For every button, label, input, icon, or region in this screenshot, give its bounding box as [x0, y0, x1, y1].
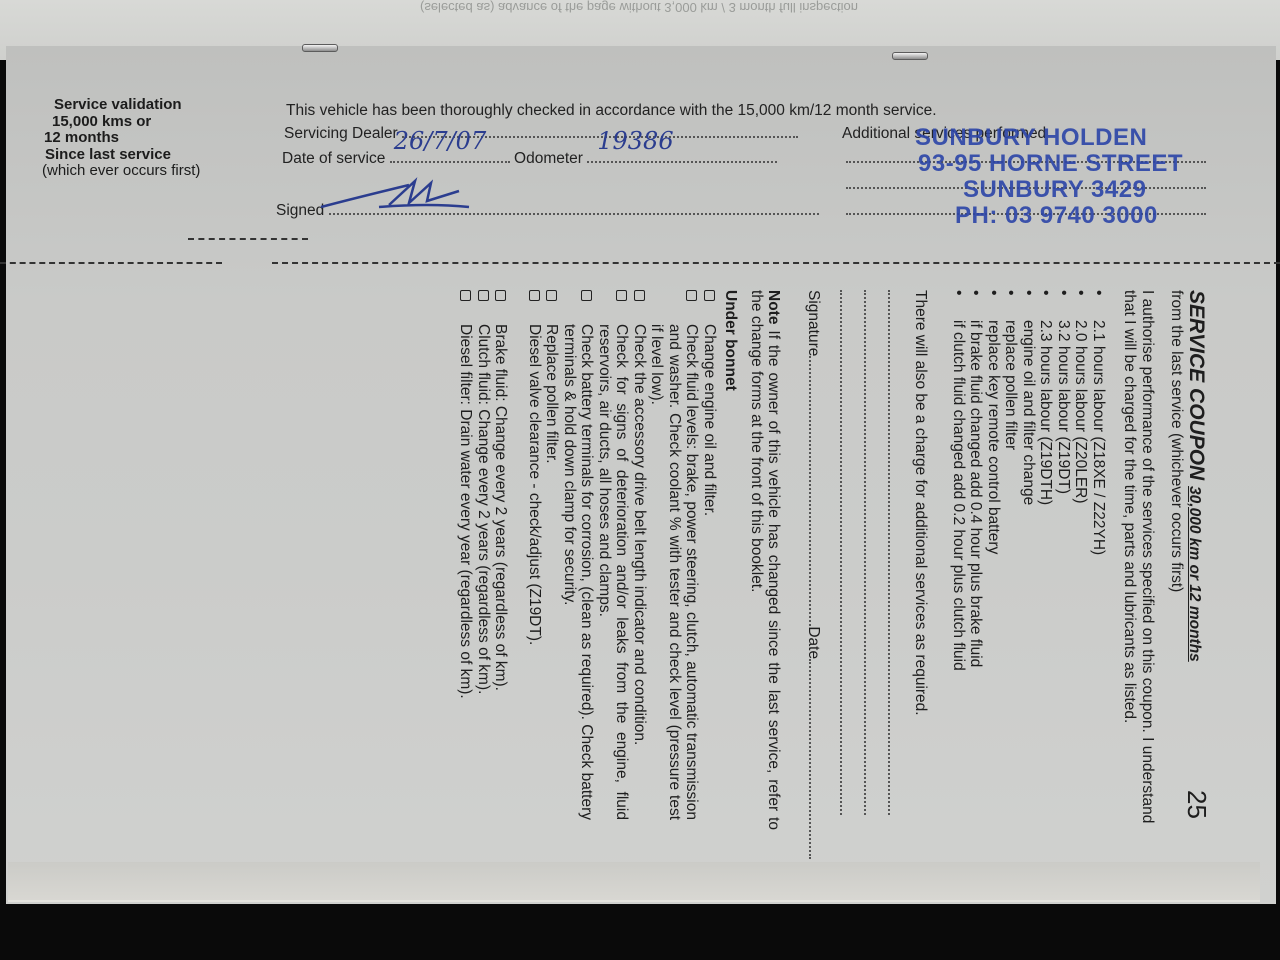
- page-edge: [8, 862, 1260, 902]
- checklist-text: Check the accessory drive belt length in…: [631, 324, 648, 745]
- checkbox-icon[interactable]: [547, 290, 558, 301]
- checkbox-icon[interactable]: [704, 290, 715, 301]
- odometer-value: 19386: [597, 127, 673, 155]
- signature-label: Signature: [805, 290, 822, 356]
- checkbox-icon[interactable]: [496, 290, 507, 301]
- date-label: Date: [805, 626, 822, 659]
- checkbox-icon[interactable]: [687, 290, 698, 301]
- coupon-title: SERVICE COUPON 30,000 km or 12 months: [1186, 290, 1206, 860]
- validation-note: (which ever occurs first): [42, 163, 262, 180]
- under-bonnet-checklist: Change engine oil and filter. Check flui…: [457, 290, 718, 820]
- date-of-service-label: Date of service: [282, 150, 385, 167]
- additional-service-line[interactable]: [864, 290, 888, 815]
- checkbox-icon[interactable]: [617, 290, 628, 301]
- odometer-label: Odometer: [514, 150, 583, 167]
- dealer-stamp-line: SUNBURY 3429: [963, 176, 1146, 204]
- checklist-text: Clutch fluid: Change every 2 years (rega…: [475, 324, 492, 694]
- checklist-text: Replace pollen filter.: [544, 324, 561, 464]
- staple-icon: [892, 52, 928, 60]
- checklist-item[interactable]: Check fluid levels: brake, power steerin…: [648, 290, 701, 820]
- note-label: Note: [766, 290, 783, 324]
- signature-date-row[interactable]: SignatureDate: [805, 290, 823, 860]
- additional-service-line[interactable]: [888, 290, 912, 815]
- checklist-item[interactable]: Diesel valve clearance - check/adjust (Z…: [526, 290, 544, 820]
- checklist-text: Change engine oil and filter.: [701, 324, 718, 516]
- validation-heading-line: 15,000 kms or: [42, 114, 262, 131]
- date-of-service-value: 26/7/07: [394, 127, 487, 155]
- validation-heading-line: 12 months: [42, 130, 262, 147]
- checklist-item[interactable]: Check for signs of deterioration and/or …: [596, 290, 631, 820]
- servicing-dealer-field[interactable]: Servicing Dealer: [284, 125, 798, 143]
- page-number: 25: [1188, 790, 1206, 819]
- signed-field[interactable]: Signed: [276, 202, 819, 220]
- dealer-stamp-line: SUNBURY HOLDEN: [915, 124, 1147, 152]
- signed-label: Signed: [276, 202, 324, 219]
- authorise-text: I authorise performance of the services …: [1121, 290, 1156, 830]
- checklist-text: Check fluid levels: brake, power steerin…: [649, 324, 701, 820]
- checklist-item[interactable]: Check battery terminals for corrosion, (…: [561, 290, 596, 820]
- list-item: if clutch fluid changed add 0.2 hour plu…: [950, 290, 968, 860]
- list-item: 3.2 hours labour (Z19DT): [1055, 290, 1073, 860]
- checklist-item[interactable]: Change engine oil and filter.: [701, 290, 719, 820]
- list-item: 2.1 hours labour (Z18XE / Z22YH): [1090, 290, 1108, 860]
- owner-note: Note If the owner of this vehicle has ch…: [748, 290, 783, 830]
- validation-heading-line: Since last service: [42, 147, 262, 164]
- coupon-interval: 30,000 km or 12 months: [1186, 486, 1203, 662]
- note-text: If the owner of this vehicle has changed…: [748, 290, 783, 830]
- checkbox-icon[interactable]: [582, 290, 593, 301]
- service-coupon: 25 SERVICE COUPON 30,000 km or 12 months…: [45, 290, 1205, 860]
- date-of-service-field[interactable]: Date of service 26/7/07 Odometer 19386: [282, 150, 777, 168]
- perforation-line: [272, 262, 1280, 264]
- section-heading: Under bonnet: [722, 290, 740, 860]
- validation-statement: This vehicle has been thoroughly checked…: [286, 102, 937, 120]
- checklist-text: Diesel filter: Drain water every year (r…: [458, 324, 475, 699]
- staple-icon: [302, 44, 338, 52]
- checkbox-icon[interactable]: [478, 290, 489, 301]
- checklist-item[interactable]: Clutch fluid: Change every 2 years (rega…: [475, 290, 493, 820]
- checklist-text: Check battery terminals for corrosion, (…: [561, 324, 596, 820]
- dealer-stamp-line: 93-95 HORNE STREET: [918, 150, 1183, 178]
- checkbox-icon[interactable]: [529, 290, 540, 301]
- coupon-title-text: SERVICE COUPON: [1185, 290, 1208, 480]
- back-page-mirrored-text: (selected as) advance of the page withou…: [420, 0, 1120, 15]
- signature-icon: [319, 177, 479, 211]
- additional-charge-text: There will also be a charge for addition…: [912, 290, 930, 860]
- list-item: 2.0 hours labour (Z20LER): [1072, 290, 1090, 860]
- checklist-text: Check for signs of deterioration and/or …: [596, 324, 631, 820]
- checklist-text: Brake fluid: Change every 2 years (regar…: [493, 324, 510, 691]
- perforation-line: [188, 238, 308, 240]
- checklist-item[interactable]: Check the accessory drive belt length in…: [631, 290, 649, 820]
- coupon-subtitle: from the last service (whichever occurs …: [1168, 290, 1186, 860]
- validation-heading: Service validation 15,000 kms or 12 mont…: [42, 97, 262, 180]
- checklist-item[interactable]: Replace pollen filter.: [543, 290, 561, 820]
- additional-service-line[interactable]: [840, 290, 864, 815]
- checklist-item[interactable]: Brake fluid: Change every 2 years (regar…: [492, 290, 510, 820]
- list-item: if brake fluid changed add 0.4 hour plus…: [967, 290, 985, 860]
- list-item: replace pollen filter: [1002, 290, 1020, 860]
- list-item: replace key remote control battery: [985, 290, 1003, 860]
- validation-heading-line: Service validation: [42, 97, 262, 114]
- checkbox-icon[interactable]: [634, 290, 645, 301]
- perforation-line: [0, 262, 222, 264]
- labour-list: 2.1 hours labour (Z18XE / Z22YH) 2.0 hou…: [950, 290, 1108, 860]
- list-item: engine oil and filter change: [1020, 290, 1038, 860]
- servicing-dealer-label: Servicing Dealer: [284, 125, 398, 142]
- dealer-stamp-line: PH: 03 9740 3000: [955, 202, 1158, 230]
- checklist-item[interactable]: Diesel filter: Drain water every year (r…: [457, 290, 475, 820]
- checkbox-icon[interactable]: [461, 290, 472, 301]
- list-item: 2.3 hours labour (Z19DTH): [1037, 290, 1055, 860]
- checklist-text: Diesel valve clearance - check/adjust (Z…: [526, 324, 543, 645]
